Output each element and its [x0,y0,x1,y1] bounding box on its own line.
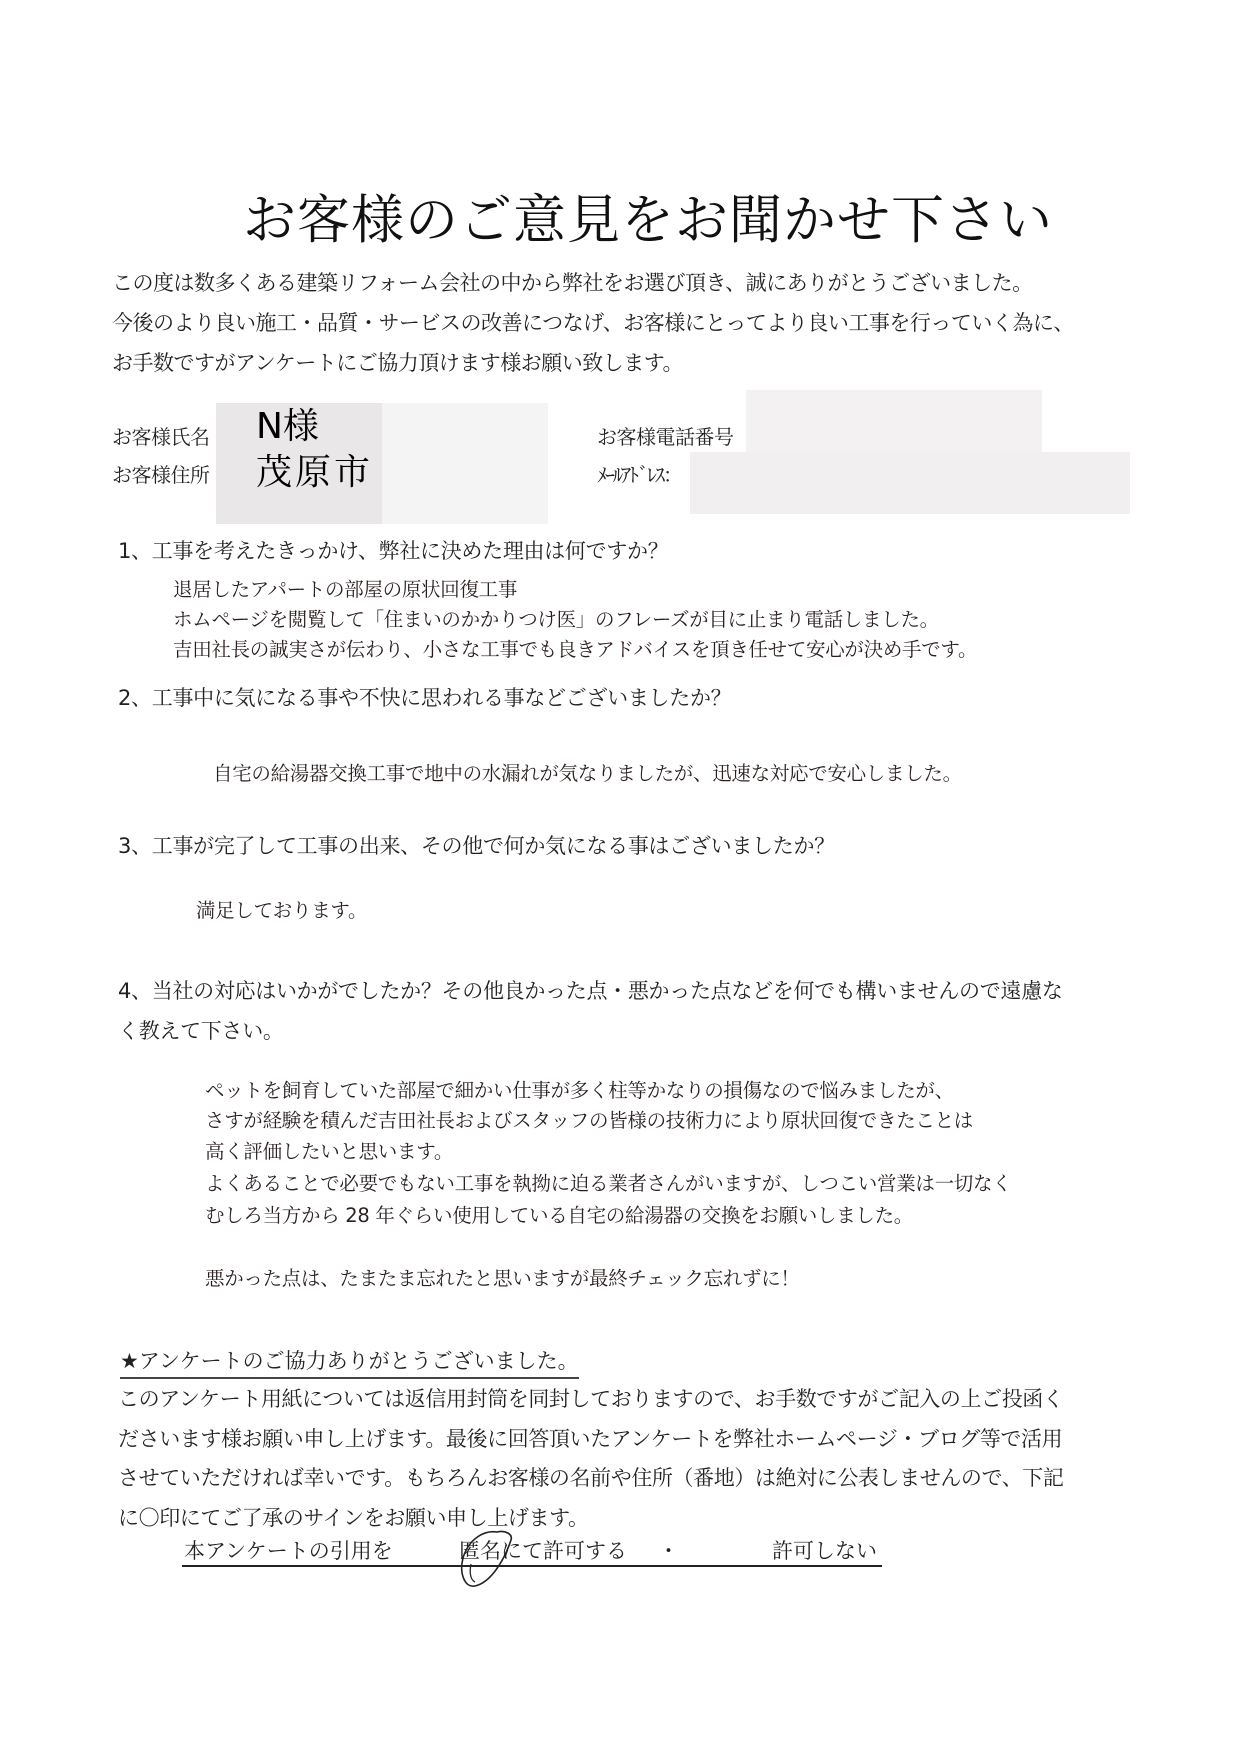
question-1: 1、工事を考えたきっかけ、弊社に決めた理由は何ですか？ [118,535,668,565]
answer-4-line-1: ペットを飼育していた部屋で細かい仕事が多く柱等かなりの損傷なので悩みましたが、 [205,1075,954,1103]
answer-4-line-4: よくあることで必要でもない工事を執拗に迫る業者さんがいますが、しつこい営業は一切… [205,1168,1011,1196]
answer-1-line-3: 吉田社長の誠実さが伝わり、小さな工事でも良きアドバイスを頂き任せて安心が決め手で… [173,634,977,662]
footer-heading: ★アンケートのご協力ありがとうございました。 [120,1345,579,1379]
footer-line-3: させていただければ幸いです。もちろんお客様の名前や住所（番地）は絶対に公表しませ… [118,1462,1064,1492]
answer-3-line-1: 満足しております。 [196,895,367,923]
consent-separator: ・ [658,1535,679,1565]
question-4-line-2: く教えて下さい。 [118,1015,284,1045]
answer-4-line-5: むしろ当方から 28 年ぐらい使用している自宅の給湯器の交換をお願いしました。 [205,1200,913,1228]
question-4-line-1: 4、当社の対応はいかがでしたか？その他良かった点・悪かった点などを何でも構いませ… [118,975,1063,1005]
customer-email-label: ﾒｰﾙｱﾄﾞﾚｽ： [597,459,681,488]
intro-line-1: この度は数多くある建築リフォーム会社の中から弊社をお選び頂き、誠にありがとうござ… [112,267,1033,297]
answer-4-line-3: 高く評価したいと思います。 [205,1136,453,1164]
customer-address-value: 茂原市 [256,444,373,495]
answer-1-line-2: ホムページを閲覧して「住まいのかかりつけ医」のフレーズが目に止まり電話しました。 [173,604,939,632]
answer-4-line-6: 悪かった点は、たまたま忘れたと思いますが最終チェック忘れずに！ [205,1263,800,1291]
redaction-box-phone [746,390,1042,454]
redaction-box-email [690,452,1130,514]
consent-option-deny[interactable]: 許可しない [772,1535,877,1565]
intro-line-3: お手数ですがアンケートにご協力頂けます様お願い致します。 [112,347,683,377]
question-2: 2、工事中に気になる事や不快に思われる事などございましたか？ [118,682,731,712]
answer-4-line-2: さすが経験を積んだ吉田社長およびスタッフの皆様の技術力により原状回復できたことは [205,1105,973,1133]
page-title: お客様のご意見をお聞かせ下さい [243,178,1053,254]
customer-phone-label: お客様電話番号 [597,421,734,450]
customer-name-label: お客様氏名 [112,421,210,450]
question-3: 3、工事が完了して工事の出来、その他で何か気になる事はございましたか？ [118,830,835,860]
intro-line-2: 今後のより良い施工・品質・サービスの改善につなげ、お客様にとってより良い工事を行… [112,307,1074,337]
redaction-box-name-ext [382,403,548,524]
consent-prefix: 本アンケートの引用を [184,1535,393,1565]
footer-line-2: ださいます様お願い申し上げます。最後に回答頂いたアンケートを弊社ホームページ・ブ… [118,1423,1062,1453]
customer-name-value: N様 [256,398,319,449]
answer-1-line-1: 退居したアパートの部屋の原状回復工事 [173,574,517,602]
answer-2-line-1: 自宅の給湯器交換工事で地中の水漏れが気なりましたが、迅速な対応で安心しました。 [213,758,962,786]
footer-line-1: このアンケート用紙については返信用封筒を同封しておりますので、お手数ですがご記入… [118,1383,1064,1413]
customer-address-label: お客様住所 [112,459,210,488]
handwritten-circle-mark-icon [455,1528,525,1598]
consent-line: 本アンケートの引用を 匿名にて許可する ・ 許可しない [182,1535,882,1567]
